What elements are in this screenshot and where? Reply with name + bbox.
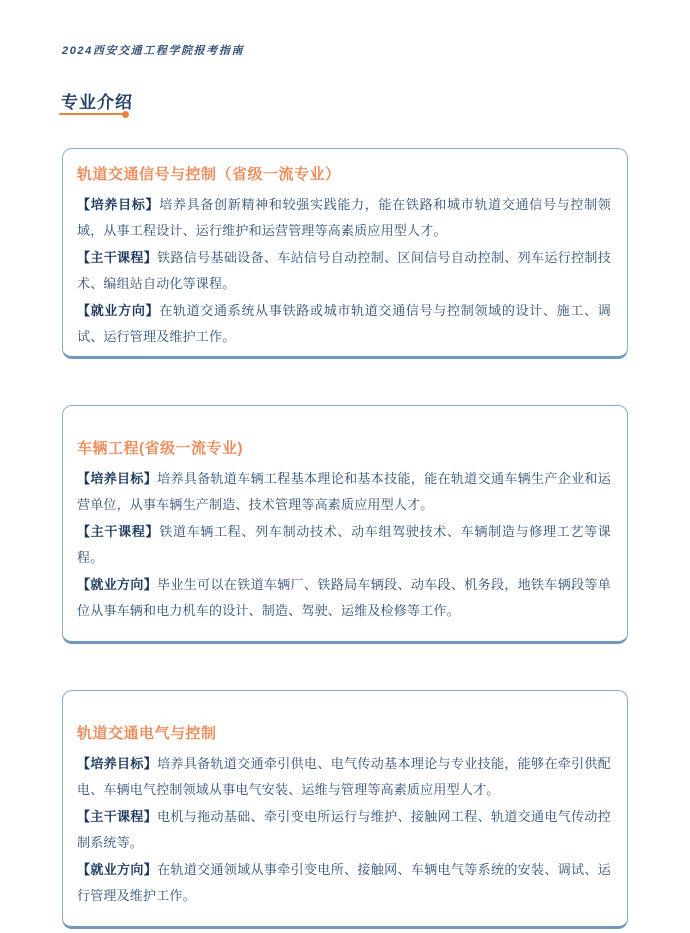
major-section-employment: 【就业方向】毕业生可以在铁道车辆厂、铁路局车辆段、动车段、机务段，地铁车辆段等单… bbox=[77, 572, 611, 624]
section-label: 【培养目标】 bbox=[77, 471, 157, 486]
section-title: 专业介绍 bbox=[61, 88, 133, 113]
major-card-title: 车辆工程(省级一流专业) bbox=[77, 437, 611, 458]
major-section-employment: 【就业方向】在轨道交通系统从事铁路或城市轨道交通信号与控制领域的设计、施工、调试… bbox=[77, 298, 611, 350]
major-section-training-goal: 【培养目标】培养具备轨道交通牵引供电、电气传动基本理论与专业技能，能够在牵引供配… bbox=[77, 751, 611, 803]
accent-dot bbox=[122, 111, 129, 118]
section-text: 在轨道交通领域从事牵引变电所、接触网、车辆电气等系统的安装、调试、运行管理及维护… bbox=[77, 862, 611, 903]
doc-header-title: 2024西安交通工程学院报考指南 bbox=[62, 42, 244, 58]
section-text: 培养具备轨道车辆工程基本理论和基本技能，能在轨道交通车辆生产企业和运营单位，从事… bbox=[77, 471, 611, 512]
section-label: 【就业方向】 bbox=[77, 577, 157, 592]
guide-page: 2024西安交通工程学院报考指南 专业介绍 轨道交通信号与控制（省级一流专业） … bbox=[0, 0, 690, 933]
major-card-title: 轨道交通电气与控制 bbox=[77, 722, 611, 743]
section-label: 【培养目标】 bbox=[77, 197, 159, 212]
section-text: 毕业生可以在铁道车辆厂、铁路局车辆段、动车段、机务段，地铁车辆段等单位从事车辆和… bbox=[77, 577, 611, 618]
major-section-training-goal: 【培养目标】培养具备创新精神和较强实践能力，能在铁路和城市轨道交通信号与控制领域… bbox=[77, 192, 611, 244]
section-underline-accent bbox=[59, 113, 123, 115]
major-card-rail-transit-electrical-control: 轨道交通电气与控制 【培养目标】培养具备轨道交通牵引供电、电气传动基本理论与专业… bbox=[62, 690, 628, 929]
section-text: 培养具备轨道交通牵引供电、电气传动基本理论与专业技能，能够在牵引供配电、车辆电气… bbox=[77, 756, 611, 797]
section-label: 【就业方向】 bbox=[77, 303, 159, 318]
major-section-training-goal: 【培养目标】培养具备轨道车辆工程基本理论和基本技能，能在轨道交通车辆生产企业和运… bbox=[77, 466, 611, 518]
major-section-main-courses: 【主干课程】铁路信号基础设备、车站信号自动控制、区间信号自动控制、列车运行控制技… bbox=[77, 245, 611, 297]
section-label: 【主干课程】 bbox=[77, 524, 159, 539]
major-card-rail-transit-signal-control: 轨道交通信号与控制（省级一流专业） 【培养目标】培养具备创新精神和较强实践能力，… bbox=[62, 148, 628, 359]
major-section-main-courses: 【主干课程】铁道车辆工程、列车制动技术、动车组驾驶技术、车辆制造与修理工艺等课程… bbox=[77, 519, 611, 571]
major-cards-list: 轨道交通信号与控制（省级一流专业） 【培养目标】培养具备创新精神和较强实践能力，… bbox=[62, 148, 628, 929]
major-card-title: 轨道交通信号与控制（省级一流专业） bbox=[77, 163, 611, 184]
section-text: 铁路信号基础设备、车站信号自动控制、区间信号自动控制、列车运行控制技术、编组站自… bbox=[77, 250, 611, 291]
section-label: 【就业方向】 bbox=[77, 862, 157, 877]
major-section-employment: 【就业方向】在轨道交通领域从事牵引变电所、接触网、车辆电气等系统的安装、调试、运… bbox=[77, 857, 611, 909]
major-section-main-courses: 【主干课程】电机与拖动基础、牵引变电所运行与维护、接触网工程、轨道交通电气传动控… bbox=[77, 804, 611, 856]
section-text: 电机与拖动基础、牵引变电所运行与维护、接触网工程、轨道交通电气传动控制系统等。 bbox=[77, 809, 611, 850]
section-label: 【主干课程】 bbox=[77, 809, 157, 824]
major-card-vehicle-engineering: 车辆工程(省级一流专业) 【培养目标】培养具备轨道车辆工程基本理论和基本技能，能… bbox=[62, 405, 628, 644]
section-label: 【主干课程】 bbox=[77, 250, 157, 265]
section-label: 【培养目标】 bbox=[77, 756, 157, 771]
